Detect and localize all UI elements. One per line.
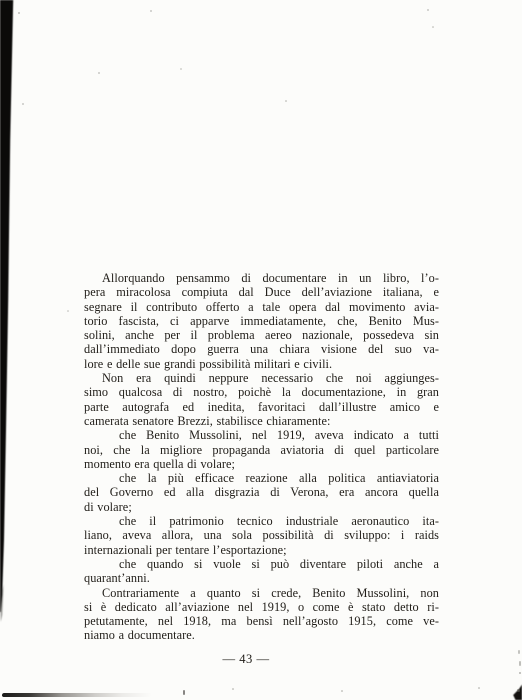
speck bbox=[150, 10, 152, 12]
text-line: noi, che la migliore propaganda aviatori… bbox=[84, 443, 439, 457]
text-line: solini, anche per il problema aereo nazi… bbox=[84, 328, 439, 342]
scan-corner-mark bbox=[506, 680, 522, 700]
scan-gutter-shadow bbox=[0, 0, 20, 700]
speck bbox=[18, 12, 20, 14]
speck bbox=[67, 310, 69, 312]
text-line: internazionali per tentare l’esportazion… bbox=[84, 543, 439, 557]
paragraph: Allorquando pensammo di documentare in u… bbox=[84, 271, 439, 371]
speck bbox=[519, 672, 521, 674]
text-line: di volare; bbox=[84, 500, 439, 514]
text-line: pera miracolosa compiuta dal Duce dell’a… bbox=[84, 285, 439, 299]
scan-smudge-bottom-left bbox=[2, 693, 153, 697]
text-line: segnare il contributo offerto a tale ope… bbox=[84, 300, 439, 314]
text-line: niamo a documentare. bbox=[84, 628, 439, 642]
text-line: del Governo ed alla disgrazia di Verona,… bbox=[84, 485, 439, 499]
paragraph: che la più efficace reazione alla politi… bbox=[84, 471, 439, 514]
text-line: che la più efficace reazione alla politi… bbox=[84, 471, 439, 485]
paragraph: Contrariamente a quanto si crede, Benito… bbox=[84, 586, 439, 643]
paragraph: che il patrimonio tecnico industriale ae… bbox=[84, 514, 439, 557]
speck bbox=[22, 103, 24, 105]
text-line: che quando si vuole si può diventare pil… bbox=[84, 557, 439, 571]
speck bbox=[427, 9, 429, 11]
text-line: liano, aveva allora, una sola possibilit… bbox=[84, 528, 439, 542]
paragraph: che Benito Mussolini, nel 1919, aveva in… bbox=[84, 428, 439, 471]
text-line: petutamente, nel 1918, ma bensì nell’ago… bbox=[84, 614, 439, 628]
scanned-book-page: Allorquando pensammo di documentare in u… bbox=[0, 0, 522, 700]
speck bbox=[518, 650, 520, 654]
text-line: momento era quella di volare; bbox=[84, 457, 439, 471]
page-text: Allorquando pensammo di documentare in u… bbox=[84, 271, 439, 643]
paragraph: che quando si vuole si può diventare pil… bbox=[84, 557, 439, 586]
text-line: quarant’anni. bbox=[84, 571, 439, 585]
speck bbox=[98, 72, 100, 74]
text-line: che Benito Mussolini, nel 1919, aveva in… bbox=[84, 428, 439, 442]
speck bbox=[285, 100, 287, 102]
speck bbox=[232, 688, 234, 690]
text-line: si è dedicato all’aviazione nel 1919, o … bbox=[84, 600, 439, 614]
page-number: — 43 — bbox=[185, 652, 307, 666]
text-line: torio fascista, ci apparve immediatament… bbox=[84, 314, 439, 328]
text-line: Allorquando pensammo di documentare in u… bbox=[84, 271, 439, 285]
paragraph: Non era quindi neppure necessario che no… bbox=[84, 371, 439, 428]
speck bbox=[432, 26, 434, 28]
text-line: che il patrimonio tecnico industriale ae… bbox=[84, 514, 439, 528]
speck bbox=[341, 690, 343, 692]
speck bbox=[110, 637, 112, 639]
speck bbox=[183, 690, 185, 695]
text-line: Contrariamente a quanto si crede, Benito… bbox=[84, 586, 439, 600]
speck bbox=[180, 68, 182, 70]
text-line: parte autografa ed inedita, favoritaci d… bbox=[84, 400, 439, 414]
speck bbox=[519, 661, 521, 666]
text-line: simo qualcosa di nostro, poichè la docum… bbox=[84, 385, 439, 399]
text-line: camerata senatore Brezzi, stabilisce chi… bbox=[84, 414, 439, 428]
text-line: lore e delle sue grandi possibilità mili… bbox=[84, 357, 439, 371]
speck bbox=[517, 689, 520, 692]
text-line: Non era quindi neppure necessario che no… bbox=[84, 371, 439, 385]
text-line: dall’immediato dopo guerra una chiara vi… bbox=[84, 342, 439, 356]
speck bbox=[478, 687, 480, 689]
